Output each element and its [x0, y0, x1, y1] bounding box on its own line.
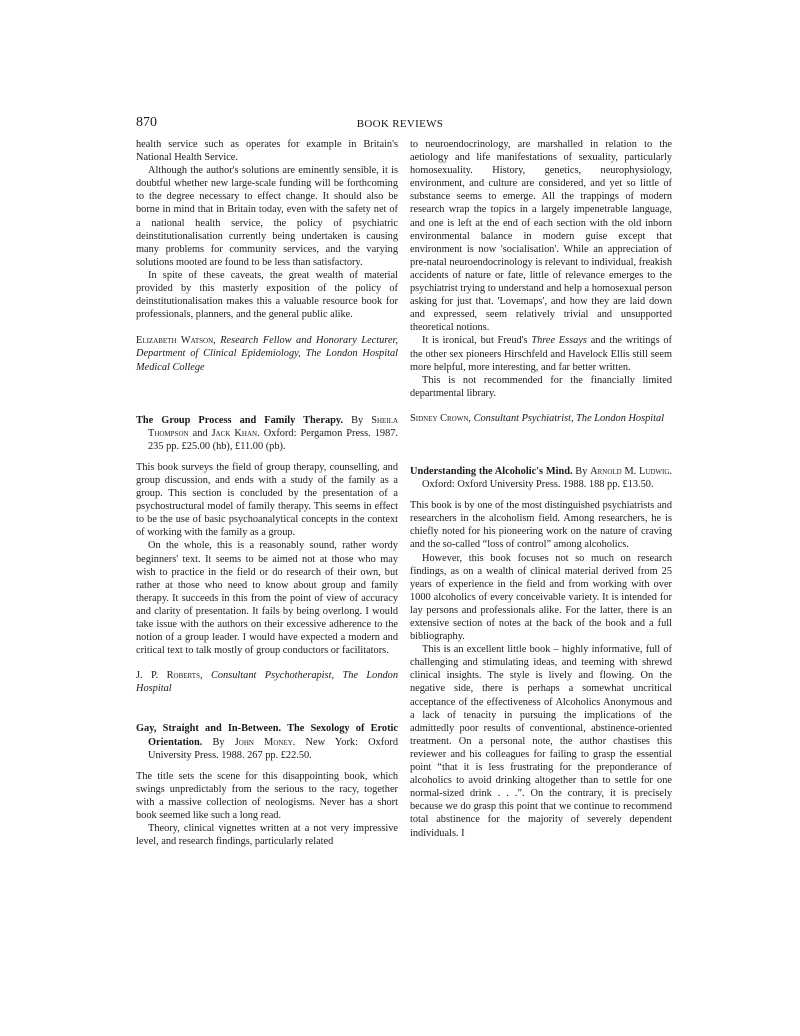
reviewer-affiliation: Consultant Psychiatrist, The London Hosp… — [474, 413, 665, 424]
reviewer-name: Elizabeth Watson — [136, 335, 213, 346]
paragraph: This is not recommended for the financia… — [410, 374, 672, 400]
paragraph: Although the author's solutions are emin… — [136, 164, 398, 269]
running-head: BOOK REVIEWS — [0, 118, 800, 130]
paragraph: It is ironical, but Freud's Three Essays… — [410, 334, 672, 373]
paragraph: In spite of these caveats, the great wea… — [136, 269, 398, 321]
book-author: Jack Khan — [212, 428, 257, 439]
reviewer-signature: J. P. Roberts, Consultant Psychotherapis… — [136, 669, 398, 695]
reviewer-name: Sidney Crown — [410, 413, 468, 424]
and-label: and — [193, 428, 208, 439]
reviewer-signature: Elizabeth Watson, Research Fellow and Ho… — [136, 334, 398, 373]
book-heading: Understanding the Alcoholic's Mind. By A… — [410, 465, 672, 491]
paragraph: The title sets the scene for this disapp… — [136, 770, 398, 822]
paragraph: This is an excellent little book – highl… — [410, 643, 672, 839]
book-title: Understanding the Alcoholic's Mind. — [410, 466, 573, 477]
paragraph: On the whole, this is a reasonably sound… — [136, 539, 398, 657]
paragraph: Theory, clinical vignettes written at a … — [136, 822, 398, 848]
by-label: By — [213, 737, 225, 748]
book-author: Arnold M. Ludwig — [590, 466, 669, 477]
paragraph: This book surveys the field of group the… — [136, 461, 398, 540]
reviewer-signature: Sidney Crown, Consultant Psychiatrist, T… — [410, 412, 672, 425]
book-heading: The Group Process and Family Therapy. By… — [136, 414, 398, 453]
book-heading: Gay, Straight and In-Between. The Sexolo… — [136, 722, 398, 761]
book-title: The Group Process and Family Therapy. — [136, 415, 343, 426]
text-run: It is ironical, but Freud's — [422, 335, 531, 346]
paragraph: This book is by one of the most distingu… — [410, 499, 672, 551]
by-label: By — [575, 466, 587, 477]
left-column: health service such as operates for exam… — [136, 138, 398, 848]
reviewer-name: J. P. Roberts — [136, 670, 200, 681]
right-column: to neuroendocrinology, are marshalled in… — [410, 138, 672, 840]
book-author: John Money — [235, 737, 293, 748]
paragraph: to neuroendocrinology, are marshalled in… — [410, 138, 672, 334]
by-label: By — [351, 415, 363, 426]
paragraph: However, this book focuses not so much o… — [410, 552, 672, 644]
cited-title: Three Essays — [531, 335, 587, 346]
paragraph: health service such as operates for exam… — [136, 138, 398, 164]
